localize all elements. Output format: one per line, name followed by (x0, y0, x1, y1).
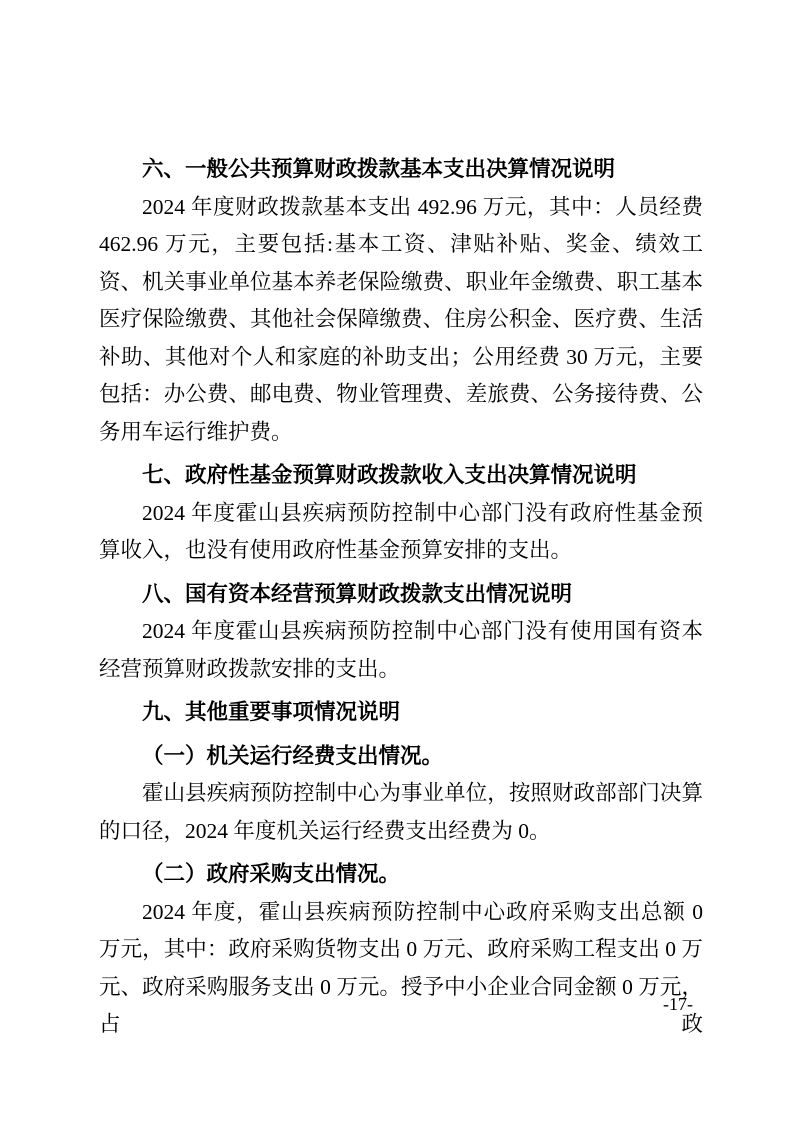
subsection-heading-9-2: （二）政府采购支出情况。 (99, 856, 703, 894)
section-paragraph-6: 2024 年度财政拨款基本支出 492.96 万元，其中：人员经费 462.96… (99, 189, 703, 452)
subsection-paragraph-9-2: 2024 年度，霍山县疾病预防控制中心政府采购支出总额 0 万元，其中：政府采购… (99, 894, 703, 1044)
document-page: 六、一般公共预算财政拨款基本支出决算情况说明 2024 年度财政拨款基本支出 4… (0, 0, 793, 1122)
section-heading-8: 八、国有资本经营预算财政拨款支出情况说明 (99, 576, 703, 614)
page-number: -17- (663, 993, 693, 1015)
section-paragraph-7: 2024 年度霍山县疾病预防控制中心部门没有政府性基金预算收入，也没有使用政府性… (99, 495, 703, 570)
section-heading-7: 七、政府性基金预算财政拨款收入支出决算情况说明 (99, 457, 703, 495)
section-paragraph-8: 2024 年度霍山县疾病预防控制中心部门没有使用国有资本经营预算财政拨款安排的支… (99, 613, 703, 688)
document-body: 六、一般公共预算财政拨款基本支出决算情况说明 2024 年度财政拨款基本支出 4… (99, 145, 703, 1044)
subsection-paragraph-9-1: 霍山县疾病预防控制中心为事业单位，按照财政部部门决算的口径，2024 年度机关运… (99, 775, 703, 850)
subsection-heading-9-1: （一）机关运行经费支出情况。 (99, 738, 703, 776)
section-heading-6: 六、一般公共预算财政拨款基本支出决算情况说明 (99, 151, 703, 189)
section-heading-9: 九、其他重要事项情况说明 (99, 694, 703, 732)
